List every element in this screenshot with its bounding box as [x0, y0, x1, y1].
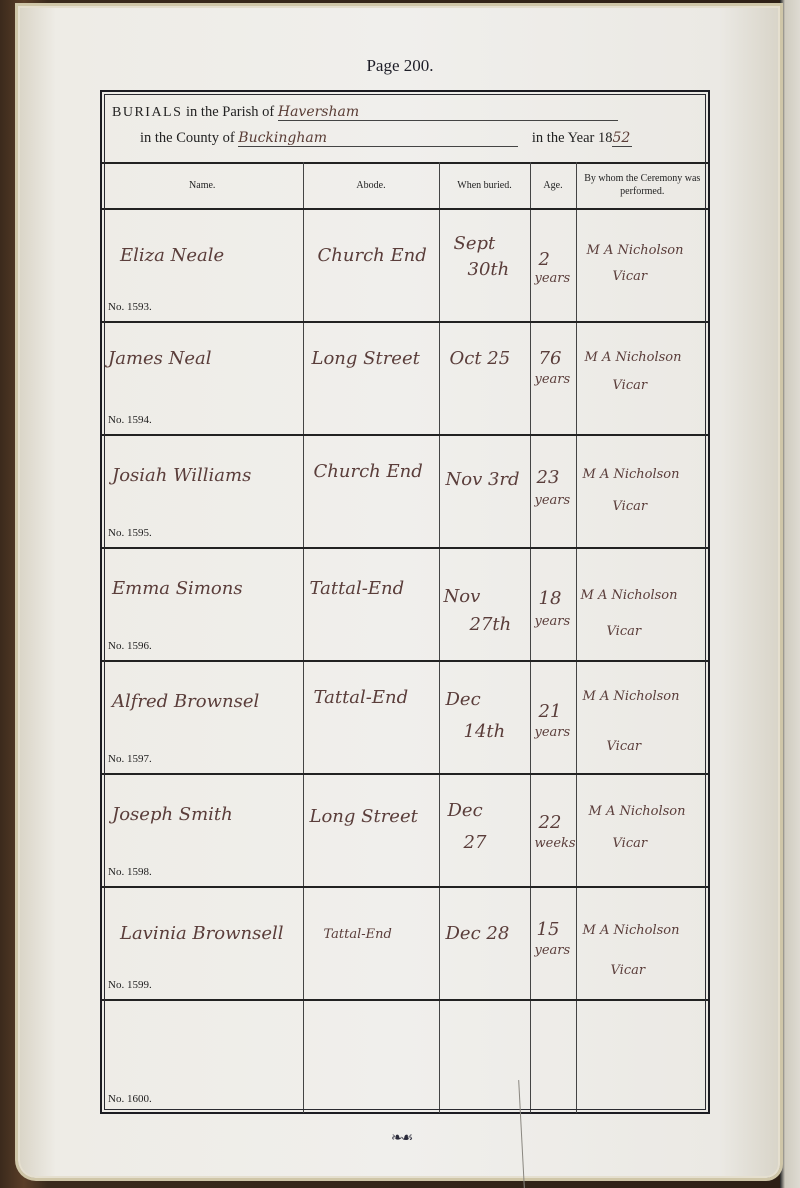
entry-when-line2: 30th	[468, 260, 510, 280]
entry-officiant: M A Nicholson	[583, 468, 680, 482]
entry-age: 2	[539, 250, 550, 270]
table-row: Josiah WilliamsNo. 1595. Church End Nov …	[102, 435, 708, 548]
entry-number: No. 1595.	[108, 527, 152, 539]
entry-name: Alfred Brownsel	[112, 692, 259, 712]
entry-officiant-title: Vicar	[613, 270, 648, 284]
column-header-abode: Abode.	[303, 162, 439, 209]
entry-name: Josiah Williams	[112, 466, 251, 486]
empty-when-cell	[439, 1000, 530, 1113]
table-row: Eliza NealeNo. 1593. Church End Sept30th…	[102, 209, 708, 322]
entry-abode: Tattal-End	[310, 579, 405, 599]
entry-age-unit: years	[535, 615, 571, 629]
printer-ornament-icon: ❧☙	[391, 1130, 411, 1147]
table-row: Joseph SmithNo. 1598. Long Street Dec27 …	[102, 774, 708, 887]
entry-name: James Neal	[108, 349, 212, 369]
entry-when-line1: Nov	[444, 587, 481, 607]
entry-officiant-title: Vicar	[613, 500, 648, 514]
entry-age: 22	[539, 813, 562, 833]
entry-officiant: M A Nicholson	[587, 244, 684, 258]
entry-abode: Tattal-End	[314, 688, 409, 708]
column-header-age: Age.	[530, 162, 576, 209]
entry-when-line2: 27th	[470, 615, 512, 635]
entries-table: Name. Abode. When buried. Age. By whom t…	[102, 162, 708, 1113]
register-title: BURIALS	[112, 105, 182, 120]
empty-officiant-cell	[576, 1000, 708, 1113]
entry-officiant-title: Vicar	[613, 837, 648, 851]
entry-when-line1: Oct 25	[450, 349, 511, 369]
entry-name: Emma Simons	[112, 579, 243, 599]
entry-number: No. 1597.	[108, 753, 152, 765]
table-row: James NealNo. 1594. Long Street Oct 25 7…	[102, 322, 708, 435]
empty-age-cell	[530, 1000, 576, 1113]
entry-officiant: M A Nicholson	[583, 690, 680, 704]
parish-line: BURIALS in the Parish of Haversham	[112, 104, 618, 121]
table-row: Lavinia BrownsellNo. 1599. Tattal-End De…	[102, 887, 708, 1000]
entry-age-unit: weeks	[535, 837, 576, 851]
column-header-officiant: By whom the Ceremony was performed.	[576, 162, 708, 209]
entry-number: No. 1593.	[108, 301, 152, 313]
county-line: in the County of Buckingham in the Year …	[140, 130, 632, 147]
register-header: BURIALS in the Parish of Haversham in th…	[102, 92, 708, 164]
entry-when-line1: Dec 28	[446, 924, 510, 944]
entry-officiant: M A Nicholson	[581, 589, 678, 603]
year-field: 52	[612, 130, 632, 147]
entry-name: Lavinia Brownsell	[120, 924, 284, 944]
entry-age-unit: years	[535, 494, 571, 508]
entry-number: No. 1600.	[108, 1093, 152, 1105]
entry-when-line1: Dec	[448, 801, 483, 821]
entry-number: No. 1596.	[108, 640, 152, 652]
entry-officiant: M A Nicholson	[583, 924, 680, 938]
entry-when-line2: 14th	[464, 722, 506, 742]
column-header-name: Name.	[102, 162, 303, 209]
entry-number: No. 1598.	[108, 866, 152, 878]
entry-number: No. 1594.	[108, 414, 152, 426]
entry-when-line1: Sept	[454, 234, 496, 254]
entry-officiant-title: Vicar	[613, 379, 648, 393]
entry-officiant: M A Nicholson	[585, 351, 682, 365]
entry-name: Eliza Neale	[120, 246, 224, 266]
county-field: Buckingham	[238, 130, 518, 147]
column-header-row: Name. Abode. When buried. Age. By whom t…	[102, 162, 708, 209]
table-row: Alfred BrownselNo. 1597. Tattal-End Dec1…	[102, 661, 708, 774]
column-header-when-buried: When buried.	[439, 162, 530, 209]
entry-when-line1: Nov 3rd	[446, 470, 520, 490]
entry-abode: Tattal-End	[324, 928, 392, 942]
entry-name: Joseph Smith	[112, 805, 233, 825]
table-row: Emma SimonsNo. 1596. Tattal-End Nov27th …	[102, 548, 708, 661]
entry-age: 15	[537, 920, 560, 940]
entry-age-unit: years	[535, 373, 571, 387]
entry-age-unit: years	[535, 272, 571, 286]
entry-officiant-title: Vicar	[607, 625, 642, 639]
entry-when-line1: Dec	[446, 690, 481, 710]
entry-abode: Long Street	[312, 349, 420, 369]
entry-age: 76	[539, 349, 562, 369]
page-number: Page 200.	[0, 56, 800, 76]
entry-age: 21	[539, 702, 562, 722]
entry-when-line2: 27	[464, 833, 487, 853]
parish-field: Haversham	[278, 104, 618, 121]
entry-age: 23	[537, 468, 560, 488]
entry-abode: Church End	[318, 246, 427, 266]
adjacent-page-edge	[780, 0, 800, 1188]
entry-age: 18	[539, 589, 562, 609]
entry-number: No. 1599.	[108, 979, 152, 991]
entry-age-unit: years	[535, 944, 571, 958]
table-row: No. 1600.	[102, 1000, 708, 1113]
entry-age-unit: years	[535, 726, 571, 740]
entry-abode: Long Street	[310, 807, 418, 827]
entry-officiant: M A Nicholson	[589, 805, 686, 819]
entry-officiant-title: Vicar	[607, 740, 642, 754]
entry-abode: Church End	[314, 462, 423, 482]
burial-register-table: BURIALS in the Parish of Haversham in th…	[100, 90, 710, 1114]
empty-abode-cell	[303, 1000, 439, 1113]
entry-officiant-title: Vicar	[611, 964, 646, 978]
